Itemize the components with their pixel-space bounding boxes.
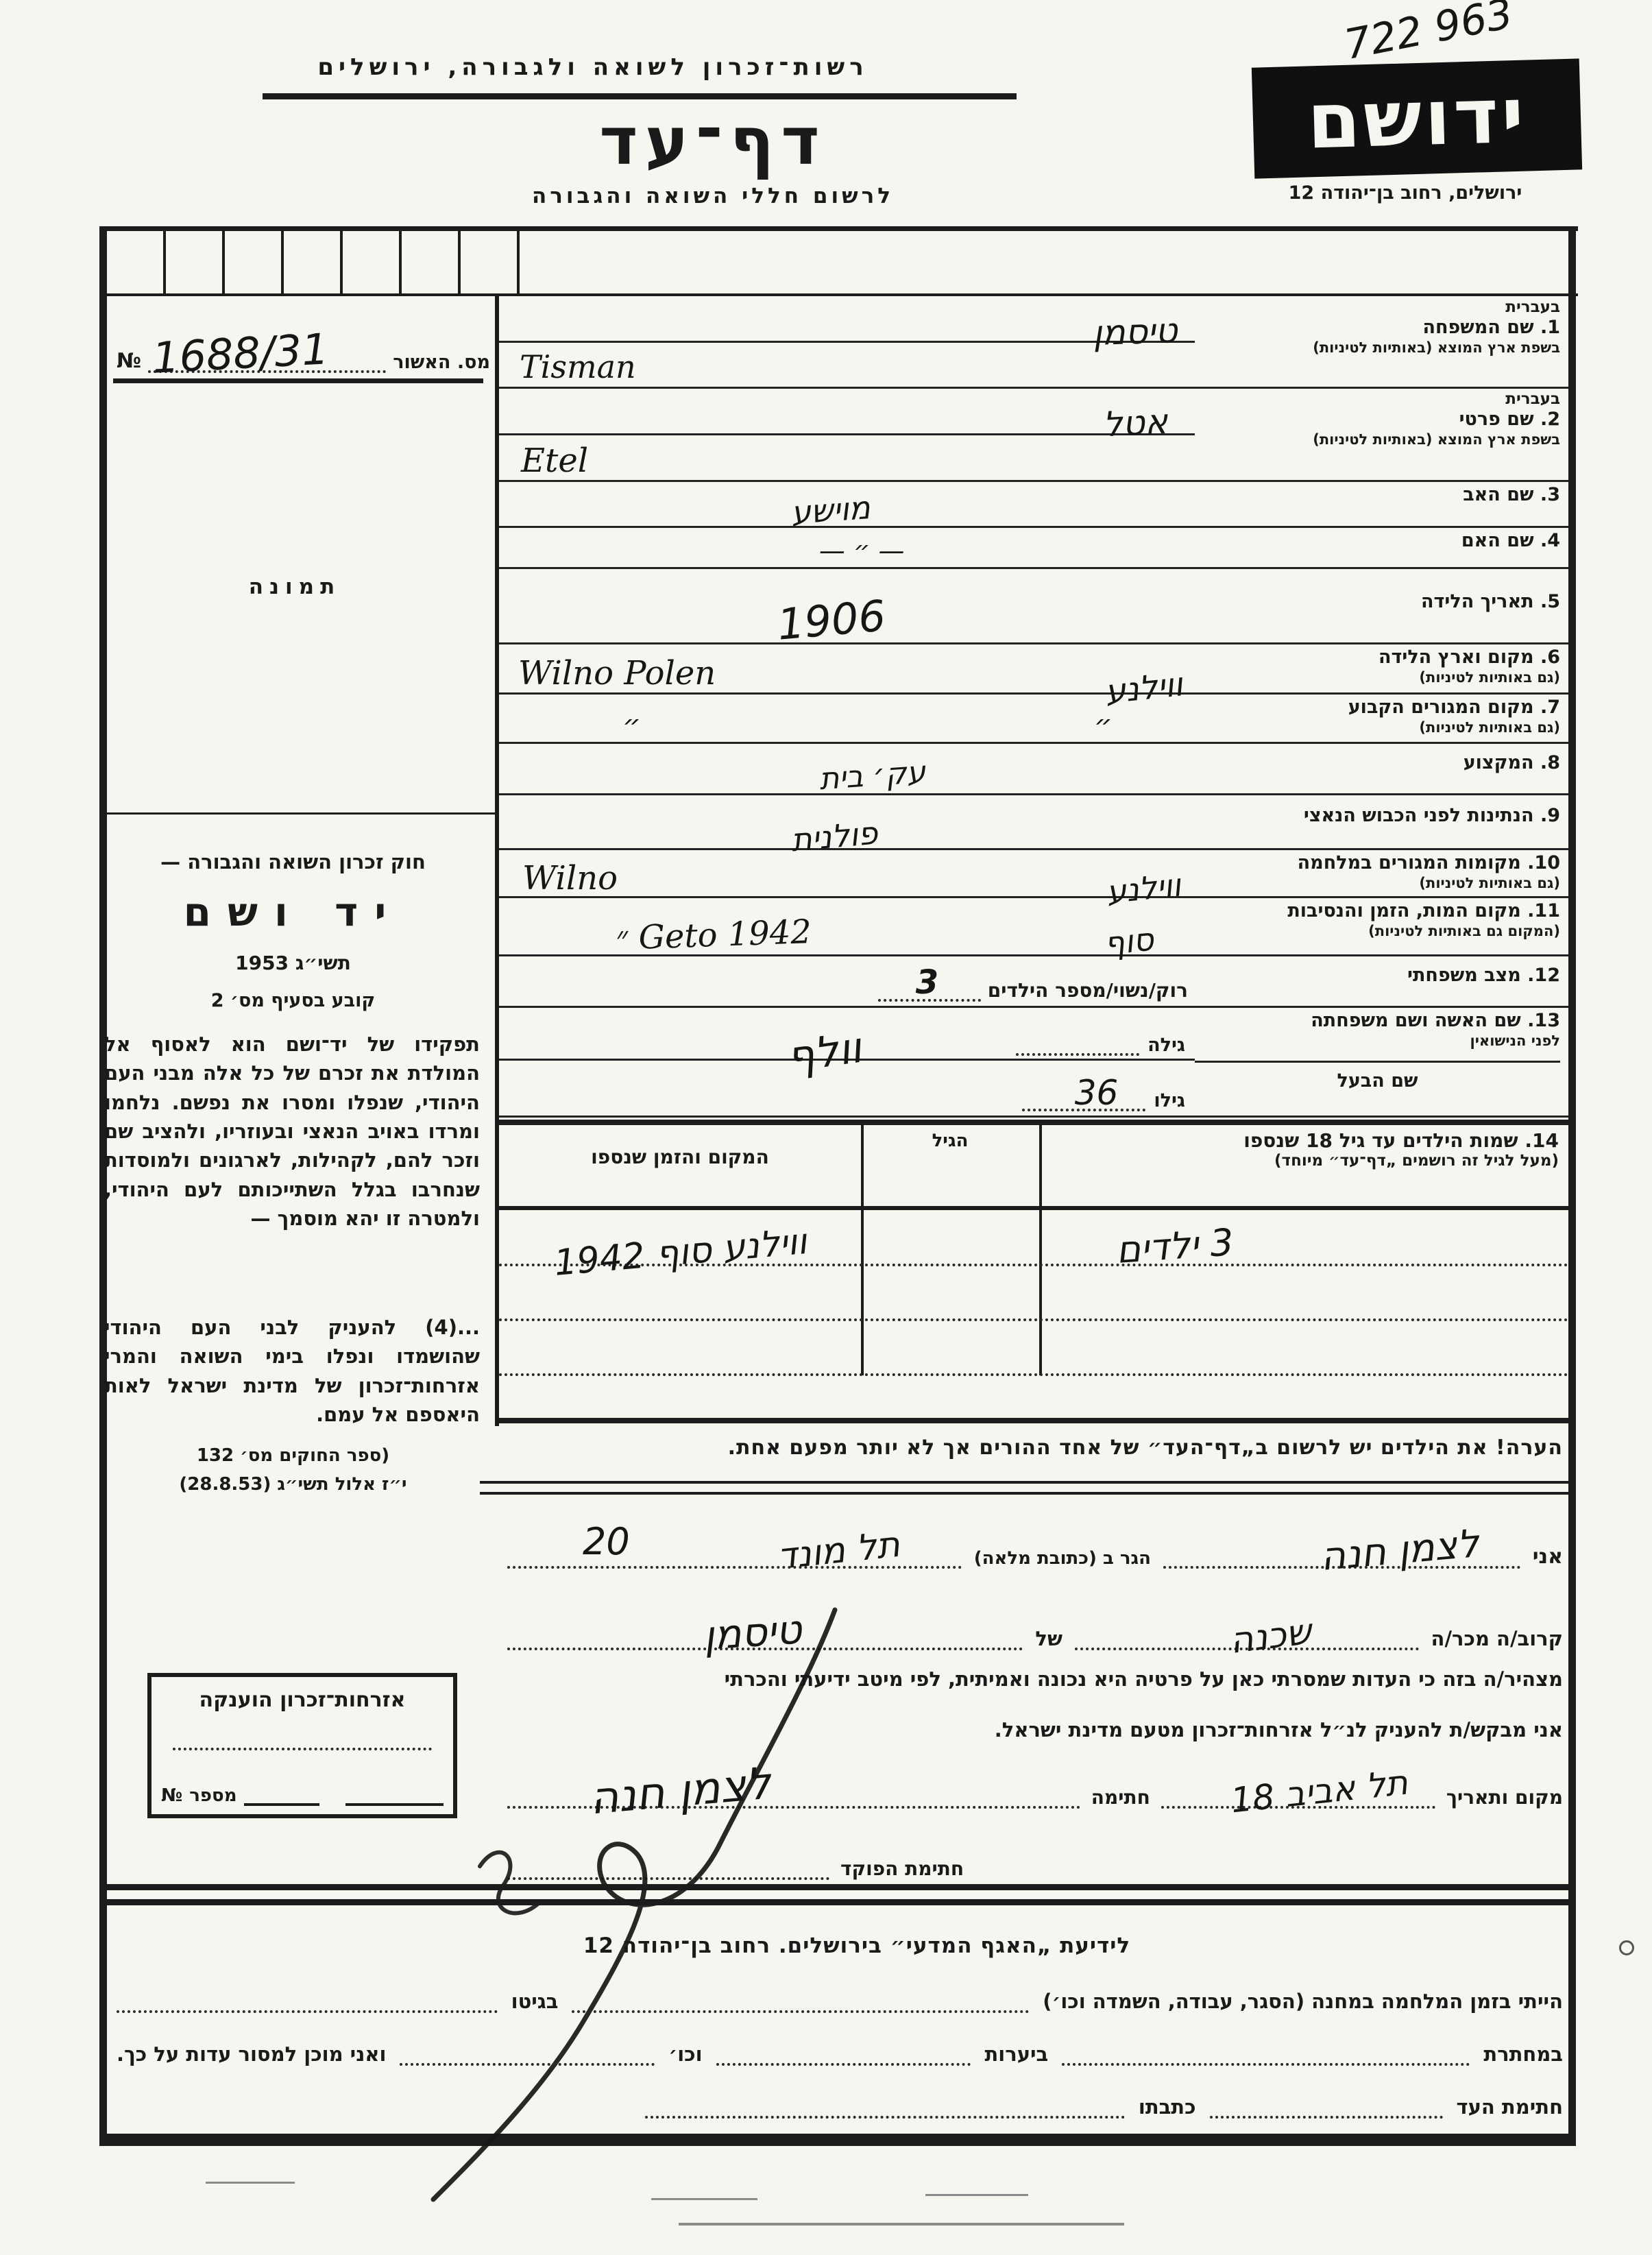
testify-label: ואני מוכן למסור עדות על כך. [117, 2042, 386, 2066]
children-row [499, 1318, 1568, 1376]
field-death-place-label: 11. מקום המות, הזמן והנסיבות [1195, 900, 1560, 923]
husband-name-handwriting: וולף [784, 1022, 864, 1082]
archival-serial-handwriting: 722 963 [1341, 0, 1517, 69]
footer-heavy-rule-1 [99, 1884, 1576, 1890]
index-cell [343, 231, 402, 295]
camp-line [572, 1970, 1029, 2013]
law-reference-2: י״ז אלול תשי״ג (28.8.53) [106, 1474, 480, 1495]
yad-vashem-logo: ידושם [1252, 58, 1582, 178]
citizenship-box-line [173, 1748, 432, 1750]
photo-area-bottom-rule [103, 812, 495, 815]
receipt-row: № 1688/31 מס. האשור [117, 307, 490, 373]
witness-address-line [645, 2076, 1125, 2119]
authority-line: רשות־זכרון לשואה ולגבורה, ירושלים [254, 53, 932, 81]
note-top-heavy-rule [499, 1418, 1568, 1423]
field-birth-place-label: 6. מקום וארץ הלידה [1195, 646, 1560, 669]
scan-artifact-dot [1619, 1940, 1634, 1955]
his-age-line: 36 [1022, 1089, 1145, 1111]
col-place-header: המקום והזמן שנספו [499, 1146, 861, 1168]
col-names-header: 14. שמות הילדים עד גיל 18 שנספו (מעל לגי… [1039, 1129, 1568, 1170]
field-birth-date-label: 5. תאריך הלידה [1195, 590, 1560, 614]
field-mother-name-label: 4. שם האם [1195, 529, 1560, 553]
citizenship-no-symbol: № [161, 1785, 182, 1806]
relation-handwriting: שכנה [1227, 1611, 1313, 1662]
field-death-place: ״ Geto 1942 סוף 11. מקום המות, הזמן והנס… [499, 896, 1568, 956]
field-permanent-residence-ditto-right: ״ [1094, 708, 1113, 742]
law-title: יד ושם [106, 889, 480, 935]
yad-vashem-logo-text: ידושם [1306, 77, 1527, 160]
field-family-status: רוק/נשוי/מספר הילדים 3 12. מצב משפחתי [499, 954, 1568, 1008]
index-cell [166, 231, 225, 295]
law-heading: חוק זכרון השואה והגבורה — [106, 850, 480, 873]
underground-line [1062, 2023, 1470, 2066]
field-family-name-sub: בשפת ארץ המוצא (באותיות לטיניות) [1195, 339, 1560, 357]
declarant-resides-label: הגר ב (כתובת מלאה) [974, 1548, 1151, 1569]
index-cell [107, 231, 166, 295]
field-citizenship: פולנית 9. הנתינות לפני הכבוש הנאצי [499, 793, 1568, 850]
field-war-residence-label: 10. מקומות המגורים במלחמה [1195, 852, 1560, 875]
field-first-name-sub: בשפת ארץ המוצא (באותיות לטיניות) [1195, 431, 1560, 448]
children-field-label: 14. שמות הילדים עד גיל 18 שנספו [1049, 1129, 1559, 1152]
testimony-page-scan: רשות־זכרון לשואה ולגבורה, ירושלים דף־עד … [0, 0, 1652, 2255]
field-family-name-latin-handwriting: Tisman [520, 348, 636, 385]
index-cell [284, 231, 343, 295]
scan-artifact [206, 2182, 295, 2184]
field-spouse-label: 13. שם האשה ושם משפחתה [1195, 1009, 1560, 1033]
note-bottom-rule-2 [480, 1492, 1570, 1495]
field-permanent-residence-ditto-left: ״ [622, 708, 641, 742]
husband-name-label: שם הבעל [1195, 1061, 1560, 1093]
page-subtitle: לרשום חללי השואה והגבורה [404, 184, 1021, 208]
field-first-name-label: 2. שם פרטי [1195, 408, 1560, 431]
family-status-options-text: רוק/נשוי/מספר הילדים [988, 979, 1188, 1002]
declarant-name-line: לצמן חנה [1163, 1504, 1520, 1569]
index-cells-strip [107, 231, 576, 295]
field-family-name: טיסמן Tisman בעברית 1. שם המשפחה בשפת אר… [499, 295, 1568, 389]
law-paragraph-2: ...(4) להעניק לבני העם היהודי שהושמדו ונ… [104, 1313, 480, 1429]
receipt-number-line: 1688/31 [148, 304, 386, 373]
header-underline [263, 93, 1017, 99]
field-profession-handwriting: עק׳ בית [818, 755, 926, 797]
relation-line: שכנה [1075, 1582, 1419, 1650]
note-text: הערה! את הילדים יש לרשום ב„דף־העד״ של אח… [507, 1436, 1563, 1460]
declarant-row: אני לצמן חנה הגר ב (כתובת מלאה) תל מונד … [507, 1507, 1563, 1569]
ghetto-line [117, 1970, 498, 2013]
underground-label: במחתרת [1483, 2042, 1563, 2066]
field-permanent-residence-label: 7. מקום המגורים הקבוע [1195, 696, 1560, 719]
field-birth-date-handwriting: 1906 [775, 590, 888, 649]
scan-artifact [651, 2198, 757, 2200]
index-cell [520, 231, 576, 295]
children-field-sub: (מעל לגיל זה רושמים „דף־עד״ מיוחד) [1049, 1152, 1559, 1170]
forests-line [716, 2023, 971, 2066]
fields-section: טיסמן Tisman בעברית 1. שם המשפחה בשפת אר… [499, 295, 1568, 1116]
camp-label: הייתי בזמן המלחמה במחנה (הסגר, עבודה, הש… [1043, 1990, 1563, 2013]
law-reference-1: (ספר החוקים מס׳ 132 [106, 1445, 480, 1466]
page-title: דף־עד [507, 103, 919, 180]
his-age-label: גילו [1154, 1090, 1185, 1111]
field-family-status-label: 12. מצב משפחתי [1195, 964, 1560, 987]
place-date-handwriting: תל אביב 18 [1228, 1763, 1409, 1821]
place-date-line: תל אביב 18 [1161, 1750, 1435, 1809]
his-age-row: גילו 36 [1022, 1089, 1185, 1111]
field-permanent-residence: ״ ״ 7. מקום המגורים הקבוע (גם באותיות לט… [499, 692, 1568, 744]
footer-heavy-rule-2 [99, 1899, 1576, 1905]
field-father-name-label: 3. שם האב [1195, 483, 1560, 507]
his-age-handwriting: 36 [1075, 1073, 1119, 1113]
children-table-header: המקום והזמן שנספו הגיל 14. שמות הילדים ע… [499, 1125, 1568, 1206]
children-row [499, 1264, 1568, 1321]
witness-signature-line [1210, 2076, 1443, 2119]
field-permanent-residence-sub: (גם באותיות לטיניות) [1195, 719, 1560, 736]
index-cell [225, 231, 284, 295]
field-death-place-latin-handwriting: ״ Geto 1942 [615, 913, 812, 958]
field-citizenship-label: 9. הנתינות לפני הכבוש הנאצי [1195, 804, 1560, 828]
footer-notice: לידיעת „האגף המדעי״ בירושלים. רחוב בן־יה… [480, 1933, 1234, 1958]
witness-signature-label: חתימת העד [1457, 2095, 1563, 2119]
declarant-address-handwriting: תל מונד [775, 1524, 901, 1578]
field-war-residence-latin-handwriting: Wilno [522, 859, 618, 897]
index-cell [461, 231, 520, 295]
index-cell [402, 231, 461, 295]
underground-row: במחתרת ביערות וכו׳ ואני מוכן למסור עדות … [117, 2026, 1563, 2066]
children-row: 3 ילדים ווילנע סוף 1942 [499, 1210, 1568, 1266]
citizenship-number-word: מספר [189, 1785, 236, 1806]
photo-placeholder-label: תמונה [199, 575, 391, 599]
col-age-header: הגיל [861, 1131, 1039, 1151]
etc-label: וכו׳ [668, 2042, 702, 2066]
children-count-line: 3 [878, 978, 981, 1002]
field-birth-place: Wilno Polen ווילנע 6. מקום וארץ הלידה (ג… [499, 642, 1568, 695]
clerk-signature-flourish [398, 1597, 864, 2215]
note-bottom-rule-1 [480, 1481, 1570, 1484]
place-date-label: מקום ותאריך [1446, 1786, 1563, 1809]
law-year: תשי״ג 1953 [106, 952, 480, 974]
signature-label: חתימה [1091, 1786, 1150, 1809]
etc-line [400, 2023, 655, 2066]
camp-row: הייתי בזמן המלחמה במחנה (הסגר, עבודה, הש… [117, 1973, 1563, 2013]
field-first-name-latin-handwriting: Etel [521, 442, 588, 480]
scan-artifact [679, 2223, 1124, 2226]
field-mother-name: — ״ — 4. שם האם [499, 526, 1568, 569]
children-count-handwriting: 3 [916, 963, 938, 1002]
field-birth-place-latin-handwriting: Wilno Polen [518, 654, 716, 692]
field-family-name-label: 1. שם המשפחה [1195, 316, 1560, 339]
her-age-row: גילה [1016, 1034, 1185, 1056]
her-age-label: גילה [1147, 1035, 1185, 1056]
law-section: קובע בסעיף מס׳ 2 [106, 990, 480, 1011]
declarant-i-label: אני [1533, 1545, 1563, 1569]
citizenship-line-segment [244, 1788, 319, 1806]
witness-address-label: כתבתו [1139, 2095, 1196, 2119]
field-death-place-sub: (המקום גם באותיות לטיניות) [1195, 923, 1560, 940]
scan-artifact [925, 2194, 1028, 2196]
field-profession: עק׳ בית 8. המקצוע [499, 742, 1568, 795]
declarant-name-handwriting: לצמן חנה [1319, 1521, 1481, 1580]
field-birth-place-sub: (גם באותיות לטיניות) [1195, 669, 1560, 686]
children-table: המקום והזמן שנספו הגיל 14. שמות הילדים ע… [499, 1125, 1568, 1375]
receipt-label: מס. האשור [393, 352, 490, 373]
field-war-residence: Wilno ווילנע 10. מקומות המגורים במלחמה (… [499, 848, 1568, 898]
law-paragraph-1: תפקידו של יד־ושם הוא לאסוף אל המולדת את … [104, 1030, 480, 1233]
relation-of-label: של [1035, 1627, 1062, 1650]
frame-right-rule [1568, 226, 1576, 2146]
her-age-line [1016, 1034, 1139, 1056]
field-father-name-handwriting: מוישע [790, 489, 872, 531]
field-first-name-pre: בעברית [1195, 390, 1560, 408]
field-war-residence-sub: (גם באותיות לטיניות) [1195, 875, 1560, 892]
field-profession-label: 8. המקצוע [1195, 751, 1560, 775]
field-father-name: מוישע 3. שם האב [499, 480, 1568, 528]
forests-label: ביערות [984, 2042, 1048, 2066]
field-birth-date: 1906 5. תאריך הלידה [499, 567, 1568, 644]
field-first-name: אטל Etel בעברית 2. שם פרטי בשפת ארץ המוצ… [499, 387, 1568, 482]
witness-signature-row: חתימת העד כתבתו [117, 2079, 1563, 2119]
field-mother-name-handwriting: — ״ — [819, 535, 905, 566]
relation-label: קרוב/ה מכר/ה [1431, 1627, 1563, 1650]
logo-address: ירושלים, רחוב בן־יהודה 12 [1227, 182, 1583, 204]
table-top-heavy-rule [499, 1120, 1568, 1125]
declarant-address-line: תל מונד 20 [507, 1504, 962, 1569]
receipt-bottom-rule [113, 378, 483, 383]
field-family-name-pre: בעברית [1195, 298, 1560, 316]
frame-top-rule [99, 226, 1578, 231]
receipt-number-handwriting: 1688/31 [151, 324, 330, 383]
field-family-status-options: רוק/נשוי/מספר הילדים 3 [878, 978, 1188, 1002]
ghetto-label: בגיטו [511, 1990, 559, 2013]
field-spouse-sub: לפני הנישואין [1195, 1033, 1560, 1050]
field-spouse: גילה גילו 36 וולף 13. שם האשה ושם משפחתה [499, 1006, 1568, 1118]
receipt-no-symbol: № [117, 349, 141, 373]
declarant-address-number-handwriting: 20 [583, 1520, 630, 1563]
